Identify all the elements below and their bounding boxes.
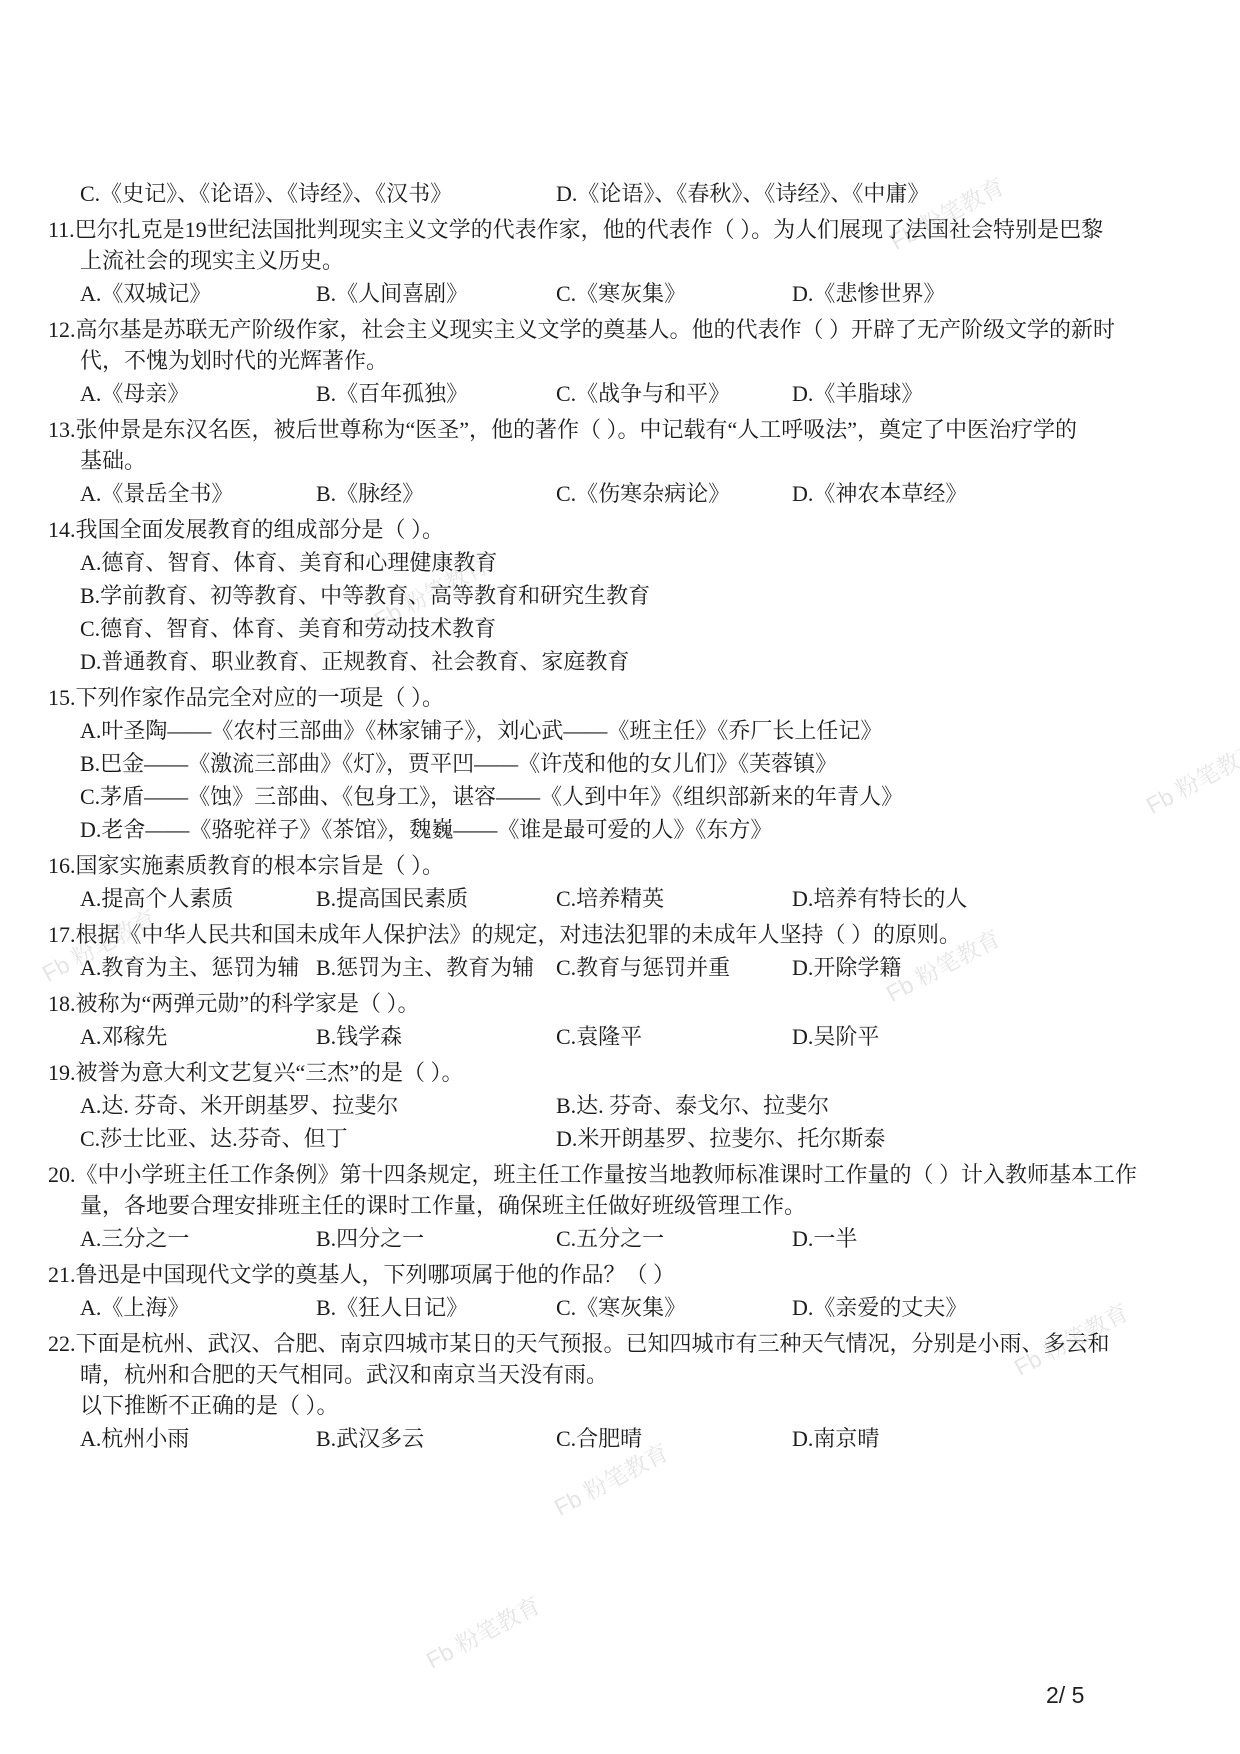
- option: B.钱学森: [316, 1021, 556, 1052]
- exam-page: Fb 粉笔教育Fb 粉笔教育Fb 粉笔教育Fb 粉笔教育Fb 粉笔教育Fb 粉笔…: [0, 0, 1240, 1754]
- option: B.提高国民素质: [316, 883, 556, 914]
- option: D.吴阶平: [792, 1021, 1198, 1052]
- question-q15: 15.下列作家作品完全对应的一项是（ ）。A.叶圣陶——《农村三部曲》《林家铺子…: [48, 682, 1198, 845]
- question-q17: 17.根据《中华人民共和国未成年人保护法》的规定，对违法犯罪的未成年人坚持（ ）…: [48, 919, 1198, 983]
- option: C.《伤寒杂病论》: [556, 478, 792, 509]
- option: D.培养有特长的人: [792, 883, 1198, 914]
- option: C.袁隆平: [556, 1021, 792, 1052]
- option: B.达. 芬奇、泰戈尔、拉斐尔: [556, 1090, 1198, 1121]
- option: B.巴金——《激流三部曲》《灯》，贾平凹——《许茂和他的女儿们》《芙蓉镇》: [48, 748, 1198, 779]
- option-row: A.提高个人素质B.提高国民素质C.培养精英D.培养有特长的人: [48, 883, 1198, 914]
- option-row: A.杭州小雨B.武汉多云C.合肥晴D.南京晴: [48, 1423, 1198, 1454]
- option-row: C.莎士比亚、达.芬奇、但丁D.米开朗基罗、拉斐尔、托尔斯泰: [48, 1123, 1198, 1154]
- question-q20: 20.《中小学班主任工作条例》第十四条规定，班主任工作量按当地教师标准课时工作量…: [48, 1159, 1198, 1254]
- option-row: A.《景岳全书》B.《脉经》C.《伤寒杂病论》D.《神农本草经》: [48, 478, 1198, 509]
- option: B.学前教育、初等教育、中等教育、高等教育和研究生教育: [48, 580, 1198, 611]
- option: B.武汉多云: [316, 1423, 556, 1454]
- option: C.《寒灰集》: [556, 1292, 792, 1323]
- option: B.《百年孤独》: [316, 378, 556, 409]
- question-stem-line: 17.根据《中华人民共和国未成年人保护法》的规定，对违法犯罪的未成年人坚持（ ）…: [48, 919, 1198, 950]
- question-q19: 19.被誉为意大利文艺复兴“三杰”的是（ ）。A.达. 芬奇、米开朗基罗、拉斐尔…: [48, 1057, 1198, 1154]
- option: C.《史记》、《论语》、《诗经》、《汉书》: [80, 178, 556, 209]
- option-row: A.达. 芬奇、米开朗基罗、拉斐尔B.达. 芬奇、泰戈尔、拉斐尔: [48, 1090, 1198, 1121]
- option: A.杭州小雨: [80, 1423, 316, 1454]
- page-number: 2/ 5: [1046, 1682, 1084, 1709]
- question-stem-line: 18.被称为“两弹元勋”的科学家是（ ）。: [48, 988, 1198, 1019]
- question-stem-line: 13.张仲景是东汉名医，被后世尊称为“医圣”，他的著作（ ）。中记载有“人工呼吸…: [48, 414, 1198, 445]
- option: A.《景岳全书》: [80, 478, 316, 509]
- option: B.《狂人日记》: [316, 1292, 556, 1323]
- question-stem-line: 基础。: [48, 445, 1198, 476]
- option-row: A.《母亲》B.《百年孤独》C.《战争与和平》D.《羊脂球》: [48, 378, 1198, 409]
- watermark-text: Fb 粉笔教育: [420, 1588, 546, 1676]
- option: A.邓稼先: [80, 1021, 316, 1052]
- option: A.德育、智育、体育、美育和心理健康教育: [48, 547, 1198, 578]
- option: A.教育为主、惩罚为辅: [80, 952, 316, 983]
- question-q14: 14.我国全面发展教育的组成部分是（ ）。A.德育、智育、体育、美育和心理健康教…: [48, 514, 1198, 677]
- question-stem-line: 14.我国全面发展教育的组成部分是（ ）。: [48, 514, 1198, 545]
- option: A.《双城记》: [80, 278, 316, 309]
- question-list: C.《史记》、《论语》、《诗经》、《汉书》D.《论语》、《春秋》、《诗经》、《中…: [48, 176, 1198, 1454]
- option-row: C.《史记》、《论语》、《诗经》、《汉书》D.《论语》、《春秋》、《诗经》、《中…: [48, 178, 1198, 209]
- question-stem-line: 16.国家实施素质教育的根本宗旨是（ ）。: [48, 850, 1198, 881]
- question-stem-line: 19.被誉为意大利文艺复兴“三杰”的是（ ）。: [48, 1057, 1198, 1088]
- option: D.《论语》、《春秋》、《诗经》、《中庸》: [556, 178, 1198, 209]
- question-stem-line: 代，不愧为划时代的光辉著作。: [48, 345, 1198, 376]
- question-stem-line: 22.下面是杭州、武汉、合肥、南京四城市某日的天气预报。已知四城市有三种天气情况…: [48, 1328, 1198, 1359]
- option: A.提高个人素质: [80, 883, 316, 914]
- option: D.普通教育、职业教育、正规教育、社会教育、家庭教育: [48, 646, 1198, 677]
- option: D.《亲爱的丈夫》: [792, 1292, 1198, 1323]
- option: B.《脉经》: [316, 478, 556, 509]
- question-stem-line: 15.下列作家作品完全对应的一项是（ ）。: [48, 682, 1198, 713]
- question-q13: 13.张仲景是东汉名医，被后世尊称为“医圣”，他的著作（ ）。中记载有“人工呼吸…: [48, 414, 1198, 509]
- option-row: A.《双城记》B.《人间喜剧》C.《寒灰集》D.《悲惨世界》: [48, 278, 1198, 309]
- option: C.德育、智育、体育、美育和劳动技术教育: [48, 613, 1198, 644]
- option-row: A.邓稼先B.钱学森C.袁隆平D.吴阶平: [48, 1021, 1198, 1052]
- question-q22: 22.下面是杭州、武汉、合肥、南京四城市某日的天气预报。已知四城市有三种天气情况…: [48, 1328, 1198, 1454]
- option-row: A.《上海》B.《狂人日记》C.《寒灰集》D.《亲爱的丈夫》: [48, 1292, 1198, 1323]
- option: C.茅盾——《蚀》三部曲、《包身工》，谌容——《人到中年》《组织部新来的年青人》: [48, 781, 1198, 812]
- question-stem-line: 量，各地要合理安排班主任的课时工作量，确保班主任做好班级管理工作。: [48, 1190, 1198, 1221]
- option-row: A.三分之一B.四分之一C.五分之一D.一半: [48, 1223, 1198, 1254]
- option: C.《战争与和平》: [556, 378, 792, 409]
- option: D.开除学籍: [792, 952, 1198, 983]
- option: A.三分之一: [80, 1223, 316, 1254]
- option: B.四分之一: [316, 1223, 556, 1254]
- question-q18: 18.被称为“两弹元勋”的科学家是（ ）。A.邓稼先B.钱学森C.袁隆平D.吴阶…: [48, 988, 1198, 1052]
- question-q10-remaining-options: C.《史记》、《论语》、《诗经》、《汉书》D.《论语》、《春秋》、《诗经》、《中…: [48, 178, 1198, 209]
- question-q16: 16.国家实施素质教育的根本宗旨是（ ）。A.提高个人素质B.提高国民素质C.培…: [48, 850, 1198, 914]
- option: C.五分之一: [556, 1223, 792, 1254]
- option: D.米开朗基罗、拉斐尔、托尔斯泰: [556, 1123, 1198, 1154]
- option: A.《上海》: [80, 1292, 316, 1323]
- option: D.《羊脂球》: [792, 378, 1198, 409]
- option: C.教育与惩罚并重: [556, 952, 792, 983]
- question-stem-line: 20.《中小学班主任工作条例》第十四条规定，班主任工作量按当地教师标准课时工作量…: [48, 1159, 1198, 1190]
- option: D.南京晴: [792, 1423, 1198, 1454]
- option: C.《寒灰集》: [556, 278, 792, 309]
- question-stem-line: 以下推断不正确的是（ ）。: [48, 1390, 1198, 1421]
- option: D.《神农本草经》: [792, 478, 1198, 509]
- question-q11: 11.巴尔扎克是19世纪法国批判现实主义文学的代表作家，他的代表作（ ）。为人们…: [48, 214, 1198, 309]
- option: C.合肥晴: [556, 1423, 792, 1454]
- question-stem-line: 11.巴尔扎克是19世纪法国批判现实主义文学的代表作家，他的代表作（ ）。为人们…: [48, 214, 1198, 245]
- option: B.惩罚为主、教育为辅: [316, 952, 556, 983]
- question-stem-line: 上流社会的现实主义历史。: [48, 245, 1198, 276]
- option: C.培养精英: [556, 883, 792, 914]
- option: B.《人间喜剧》: [316, 278, 556, 309]
- option: D.《悲惨世界》: [792, 278, 1198, 309]
- option-row: A.教育为主、惩罚为辅B.惩罚为主、教育为辅C.教育与惩罚并重D.开除学籍: [48, 952, 1198, 983]
- question-q12: 12.高尔基是苏联无产阶级作家，社会主义现实主义文学的奠基人。他的代表作（ ）开…: [48, 314, 1198, 409]
- question-stem-line: 12.高尔基是苏联无产阶级作家，社会主义现实主义文学的奠基人。他的代表作（ ）开…: [48, 314, 1198, 345]
- option: D.一半: [792, 1223, 1198, 1254]
- option: A.叶圣陶——《农村三部曲》《林家铺子》，刘心武——《班主任》《乔厂长上任记》: [48, 715, 1198, 746]
- question-stem-line: 21.鲁迅是中国现代文学的奠基人，下列哪项属于他的作品？（ ）: [48, 1259, 1198, 1290]
- question-stem-line: 晴，杭州和合肥的天气相同。武汉和南京当天没有雨。: [48, 1359, 1198, 1390]
- option: D.老舍——《骆驼祥子》《茶馆》，魏巍——《谁是最可爱的人》《东方》: [48, 814, 1198, 845]
- option: A.《母亲》: [80, 378, 316, 409]
- option: C.莎士比亚、达.芬奇、但丁: [80, 1123, 556, 1154]
- question-q21: 21.鲁迅是中国现代文学的奠基人，下列哪项属于他的作品？（ ）A.《上海》B.《…: [48, 1259, 1198, 1323]
- option: A.达. 芬奇、米开朗基罗、拉斐尔: [80, 1090, 556, 1121]
